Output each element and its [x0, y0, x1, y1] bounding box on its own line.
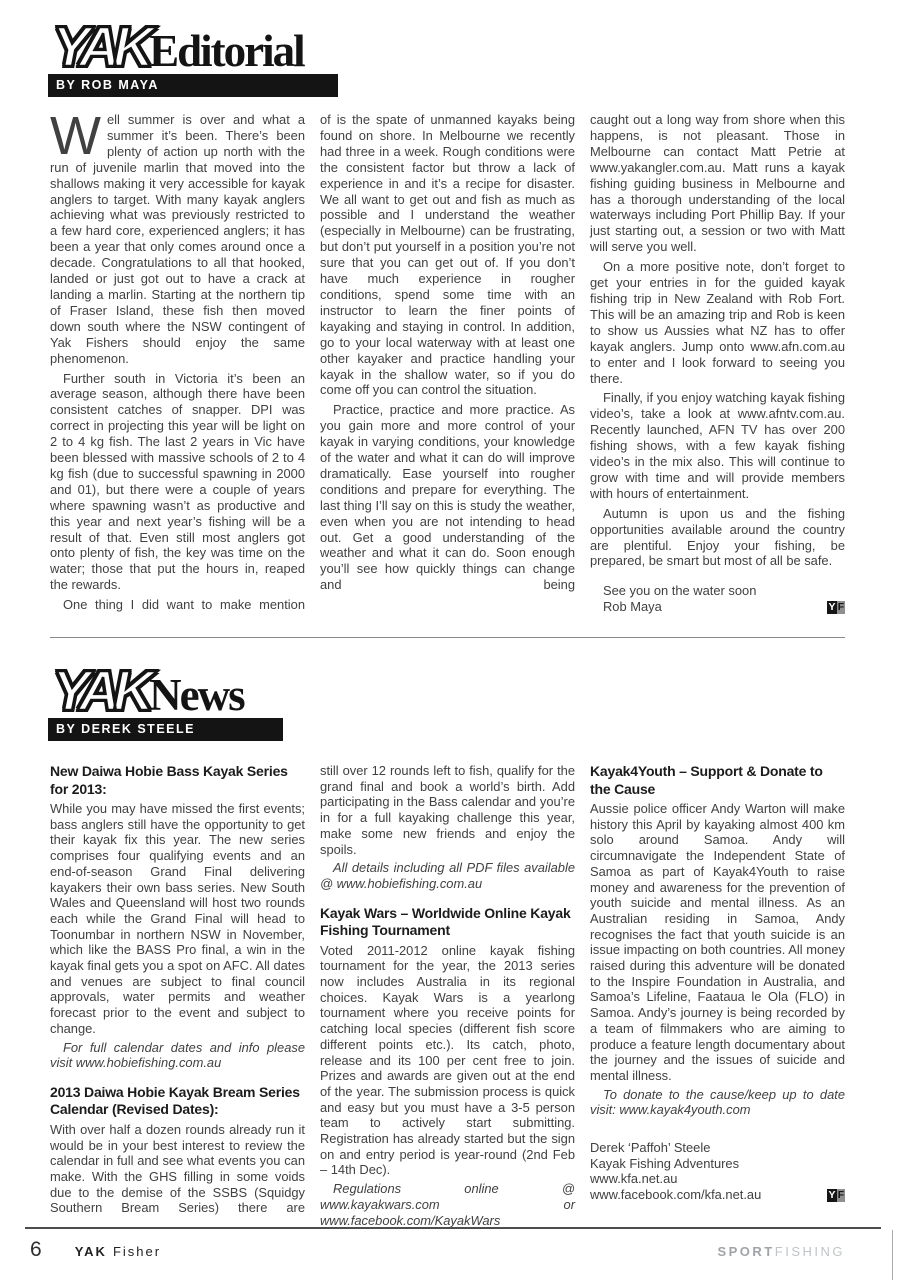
- news-signature-block: Derek ‘Paffoh’ Steele Kayak Fishing Adve…: [590, 1140, 845, 1203]
- news-column-2: still over 12 rounds left to fish, quali…: [320, 763, 575, 1228]
- signoff-row: Rob Maya YF: [590, 599, 845, 615]
- editorial-logo-row: YAKEditorial: [48, 22, 338, 70]
- signoff-line: See you on the water soon: [590, 583, 845, 599]
- news-heading: New Daiwa Hobie Bass Kayak Series for 20…: [50, 763, 305, 798]
- news-columns: New Daiwa Hobie Bass Kayak Series for 20…: [50, 763, 845, 1228]
- editorial-column-3: caught out a long way from shore when th…: [590, 112, 845, 615]
- editorial-column-2: of is the spate of unmanned kayaks being…: [320, 112, 575, 615]
- news-byline-bar: BY DEREK STEELE: [48, 718, 283, 741]
- editorial-paragraph: Well summer is over and what a summer it…: [50, 112, 305, 367]
- drop-cap: W: [50, 112, 107, 157]
- news-logo: YAKNews BY DEREK STEELE: [48, 666, 283, 741]
- signature-line: Derek ‘Paffoh’ Steele: [590, 1140, 845, 1156]
- editorial-byline-bar: BY ROB MAYA: [48, 74, 338, 97]
- section-divider: [50, 637, 845, 638]
- news-paragraph: While you may have missed the first even…: [50, 801, 305, 1037]
- editorial-paragraph: Practice, practice and more practice. As…: [320, 402, 575, 593]
- editorial-paragraph: On a more positive note, don’t forget to…: [590, 259, 845, 386]
- footer: 6 YAKFisher SPORTFISHING: [30, 1238, 845, 1262]
- footer-rule: [25, 1227, 881, 1229]
- news-column-3: Kayak4Youth – Support & Donate to the Ca…: [590, 763, 845, 1228]
- news-italic-note: Regulations online @ www.kayakwars.com o…: [320, 1181, 575, 1228]
- news-logo-row: YAKNews: [48, 666, 283, 714]
- news-heading: 2013 Daiwa Hobie Kayak Bream Series Cale…: [50, 1084, 305, 1119]
- news-italic-note: To donate to the cause/keep up to date v…: [590, 1087, 845, 1118]
- yak-wordmark: YAK: [48, 666, 153, 714]
- editorial-paragraph: caught out a long way from shore when th…: [590, 112, 845, 255]
- news-paragraph: Voted 2011-2012 online kayak fishing tou…: [320, 943, 575, 1179]
- news-italic-note: All details including all PDF files avai…: [320, 860, 575, 891]
- news-paragraph: With over half a dozen rounds already ru…: [50, 1122, 305, 1216]
- editorial-paragraph: One thing I did want to make mention: [50, 597, 305, 613]
- editorial-logo: YAKEditorial BY ROB MAYA: [48, 22, 338, 97]
- editorial-paragraph: Further south in Victoria it’s been an a…: [50, 371, 305, 594]
- news-heading: Kayak4Youth – Support & Donate to the Ca…: [590, 763, 845, 798]
- editorial-paragraph: Autumn is upon us and the fishing opport…: [590, 506, 845, 570]
- news-wordmark: News: [149, 676, 243, 714]
- signature-line: Kayak Fishing Adventures: [590, 1156, 845, 1172]
- news-column-1: New Daiwa Hobie Bass Kayak Series for 20…: [50, 763, 305, 1228]
- magazine-page: YAKEditorial BY ROB MAYA Well summer is …: [0, 0, 905, 1280]
- magazine-name: YAKFisher: [75, 1244, 161, 1259]
- news-heading: Kayak Wars – Worldwide Online Kayak Fish…: [320, 905, 575, 940]
- editorial-column-1: Well summer is over and what a summer it…: [50, 112, 305, 615]
- signoff-author: Rob Maya: [590, 599, 662, 615]
- publisher-brand: SPORTFISHING: [717, 1244, 845, 1259]
- editorial-wordmark: Editorial: [149, 32, 304, 70]
- page-number: 6: [30, 1238, 42, 1262]
- editorial-paragraph: Finally, if you enjoy watching kayak fis…: [590, 390, 845, 501]
- editorial-signoff: See you on the water soon Rob Maya YF: [590, 583, 845, 615]
- news-paragraph: Aussie police officer Andy Warton will m…: [590, 801, 845, 1084]
- news-italic-note: For full calendar dates and info please …: [50, 1040, 305, 1071]
- signature-row: www.facebook.com/kfa.net.au YF: [590, 1187, 845, 1203]
- editorial-paragraph: of is the spate of unmanned kayaks being…: [320, 112, 575, 398]
- editorial-columns: Well summer is over and what a summer it…: [50, 112, 845, 615]
- news-paragraph: still over 12 rounds left to fish, quali…: [320, 763, 575, 857]
- signature-line: www.facebook.com/kfa.net.au: [590, 1187, 761, 1203]
- yak-fisher-end-icon: YF: [827, 1189, 845, 1202]
- signature-line: www.kfa.net.au: [590, 1171, 845, 1187]
- page-edge-mark: [892, 1230, 893, 1280]
- yak-fisher-end-icon: YF: [827, 601, 845, 614]
- yak-wordmark: YAK: [48, 22, 153, 70]
